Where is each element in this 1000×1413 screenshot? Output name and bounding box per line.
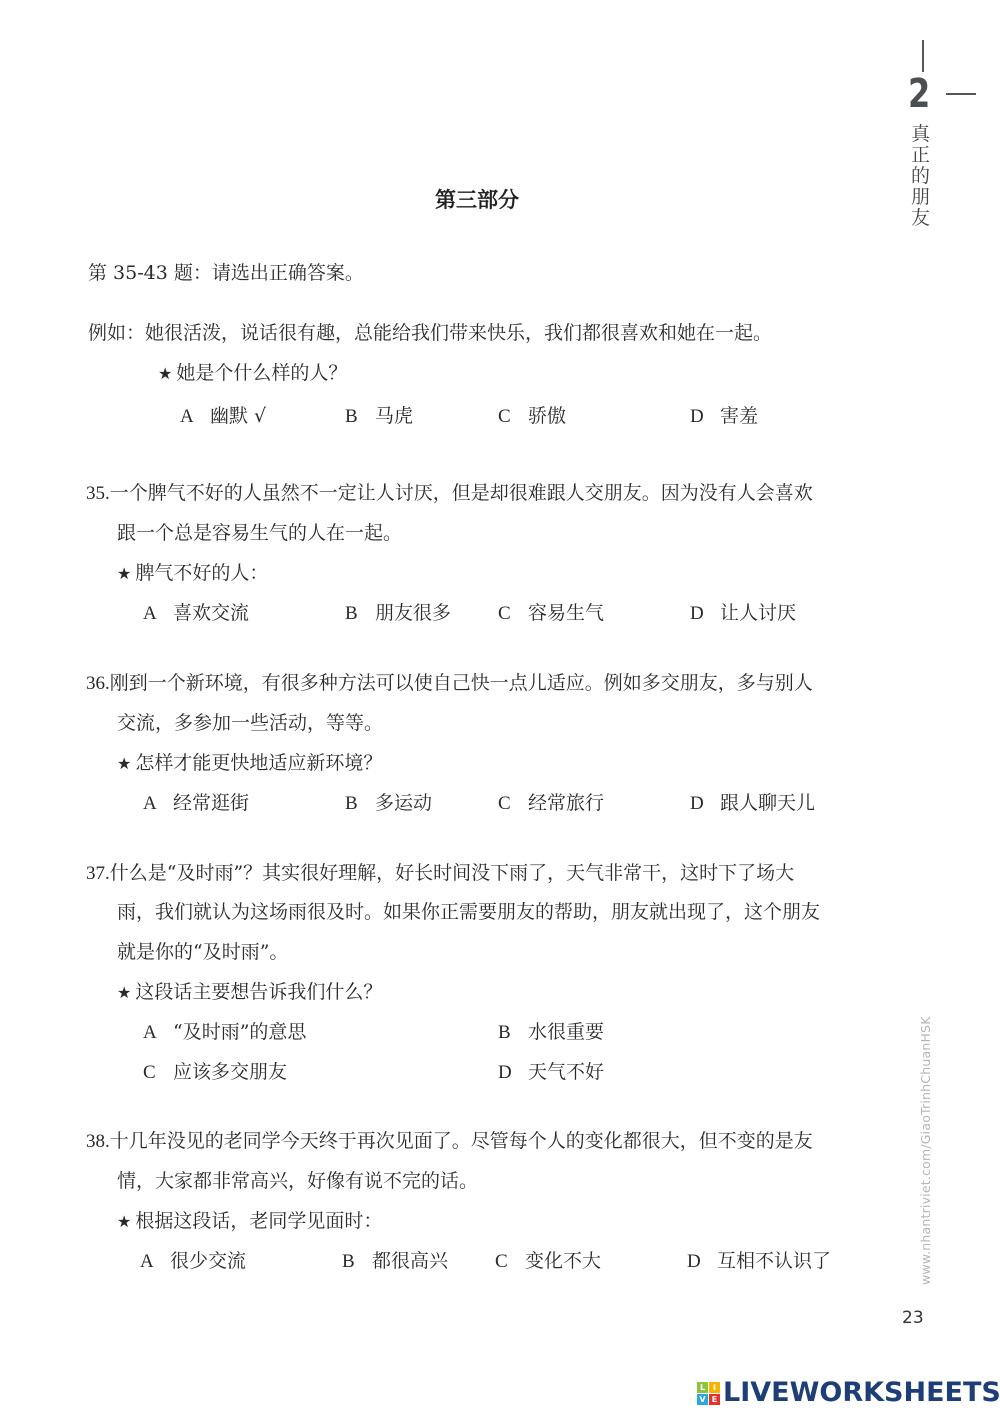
q38-option-d[interactable]: D互相不认识了 <box>687 1246 831 1273</box>
question-passage-line: 38.十几年没见的老同学今天终于再次见面了。尽管每个人的变化都很大，但不变的是友 <box>86 1126 813 1153</box>
example-option-c[interactable]: C骄傲 <box>498 401 566 428</box>
example-question-text: 她是个什么样的人？ <box>176 362 347 384</box>
star-icon: ★ <box>117 983 131 1002</box>
option-letter: A <box>143 1022 173 1044</box>
option-text: 互相不认识了 <box>717 1250 831 1272</box>
liveworksheets-logo[interactable]: L I V E LIVEWORKSHEETS <box>697 1378 1000 1408</box>
option-letter: D <box>690 603 720 625</box>
option-text: 幽默 √ <box>210 405 266 427</box>
q35-option-b[interactable]: B朋友很多 <box>345 598 451 625</box>
option-text: 都很高兴 <box>372 1250 448 1272</box>
option-text: “及时雨”的意思 <box>173 1021 306 1043</box>
logo-text: LIVEWORKSHEETS <box>723 1378 1000 1408</box>
passage-text: 什么是“及时雨”？其实很好理解，好长时间没下雨了，天气非常干，这时下了场大 <box>110 862 794 884</box>
publisher-url: www.nhantriviet.com/GiaoTrinhChuanHSK <box>918 1016 933 1285</box>
q37-option-c[interactable]: C应该多交朋友 <box>143 1057 287 1084</box>
logo-tile: V <box>697 1394 708 1405</box>
option-letter: B <box>345 603 375 625</box>
question-prompt: ★怎样才能更快地适应新环境？ <box>117 748 382 775</box>
example-question: ★她是个什么样的人？ <box>158 358 347 385</box>
question-passage-line: 情，大家都非常高兴，好像有说不完的话。 <box>117 1166 478 1193</box>
question-passage-line: 36.刚到一个新环境，有很多种方法可以使自己快一点儿适应。例如多交朋友，多与别人 <box>86 668 813 695</box>
question-prompt-text: 怎样才能更快地适应新环境？ <box>135 752 382 774</box>
question-passage-line: 35.一个脾气不好的人虽然不一定让人讨厌，但是却很难跟人交朋友。因为没有人会喜欢 <box>86 478 813 505</box>
option-letter: B <box>345 406 375 428</box>
question-passage-line: 交流，多参加一些活动，等等。 <box>117 708 383 735</box>
option-letter: B <box>342 1251 372 1273</box>
question-prompt: ★根据这段话，老同学见面时： <box>117 1206 382 1233</box>
q35-option-a[interactable]: A喜欢交流 <box>143 598 249 625</box>
q36-option-d[interactable]: D跟人聊天儿 <box>690 788 815 815</box>
option-text: 跟人聊天儿 <box>720 792 815 814</box>
question-prompt-text: 根据这段话，老同学见面时： <box>135 1210 382 1232</box>
option-text: 多运动 <box>375 792 432 814</box>
option-letter: D <box>690 406 720 428</box>
section-title: 第三部分 <box>0 184 954 214</box>
example-label: 例如： <box>88 322 145 344</box>
star-icon: ★ <box>117 1212 131 1231</box>
passage-text: 十几年没见的老同学今天终于再次见面了。尽管每个人的变化都很大，但不变的是友 <box>110 1130 813 1152</box>
option-letter: C <box>495 1251 525 1273</box>
option-letter: C <box>498 406 528 428</box>
chapter-divider-horizontal <box>946 93 976 95</box>
example-option-d[interactable]: D害羞 <box>690 401 758 428</box>
chapter-number: 2 <box>908 74 930 114</box>
page-number: 23 <box>902 1308 924 1328</box>
question-passage-line: 37.什么是“及时雨”？其实很好理解，好长时间没下雨了，天气非常干，这时下了场大 <box>86 858 794 885</box>
option-text: 马虎 <box>375 405 413 427</box>
option-text: 经常旅行 <box>528 792 604 814</box>
option-text: 经常逛街 <box>173 792 249 814</box>
option-letter: C <box>498 793 528 815</box>
chapter-divider-vertical <box>922 40 924 72</box>
option-text: 天气不好 <box>528 1061 604 1083</box>
question-number: 37. <box>86 863 110 884</box>
option-text: 骄傲 <box>528 405 566 427</box>
option-text: 容易生气 <box>528 602 604 624</box>
passage-text: 一个脾气不好的人虽然不一定让人讨厌，但是却很难跟人交朋友。因为没有人会喜欢 <box>110 482 813 504</box>
q36-option-b[interactable]: B多运动 <box>345 788 432 815</box>
option-letter: C <box>498 603 528 625</box>
instructions: 第 35-43 题：请选出正确答案。 <box>88 258 364 285</box>
option-letter: C <box>143 1062 173 1084</box>
question-number: 36. <box>86 673 110 694</box>
q36-option-a[interactable]: A经常逛街 <box>143 788 249 815</box>
question-prompt: ★脾气不好的人： <box>117 558 268 585</box>
option-letter: D <box>687 1251 717 1273</box>
option-letter: B <box>498 1022 528 1044</box>
question-prompt: ★这段话主要想告诉我们什么？ <box>117 977 382 1004</box>
option-letter: A <box>180 406 210 428</box>
question-prompt-text: 这段话主要想告诉我们什么？ <box>135 981 382 1003</box>
star-icon: ★ <box>117 754 131 773</box>
option-letter: A <box>140 1251 170 1273</box>
logo-tile: I <box>709 1382 720 1393</box>
q36-option-c[interactable]: C经常旅行 <box>498 788 604 815</box>
option-letter: A <box>143 603 173 625</box>
example-option-a[interactable]: A幽默 √ <box>180 401 266 428</box>
example-passage: 例如：她很活泼，说话很有趣，总能给我们带来快乐，我们都很喜欢和她在一起。 <box>88 318 772 345</box>
star-icon: ★ <box>158 364 172 383</box>
q35-option-c[interactable]: C容易生气 <box>498 598 604 625</box>
option-text: 应该多交朋友 <box>173 1061 287 1083</box>
logo-tile: L <box>697 1382 708 1393</box>
option-letter: B <box>345 793 375 815</box>
example-passage-text: 她很活泼，说话很有趣，总能给我们带来快乐，我们都很喜欢和她在一起。 <box>145 322 772 344</box>
option-text: 让人讨厌 <box>720 602 796 624</box>
option-letter: D <box>498 1062 528 1084</box>
question-number: 35. <box>86 483 110 504</box>
option-text: 水很重要 <box>528 1021 604 1043</box>
live-tiles-icon: L I V E <box>697 1382 720 1405</box>
question-number: 38. <box>86 1131 110 1152</box>
option-letter: A <box>143 793 173 815</box>
q37-option-a[interactable]: A“及时雨”的意思 <box>143 1017 306 1044</box>
q38-option-b[interactable]: B都很高兴 <box>342 1246 448 1273</box>
q38-option-c[interactable]: C变化不大 <box>495 1246 601 1273</box>
example-option-b[interactable]: B马虎 <box>345 401 413 428</box>
option-text: 朋友很多 <box>375 602 451 624</box>
q37-option-d[interactable]: D天气不好 <box>498 1057 604 1084</box>
option-text: 喜欢交流 <box>173 602 249 624</box>
option-text: 很少交流 <box>170 1250 246 1272</box>
q35-option-d[interactable]: D让人讨厌 <box>690 598 796 625</box>
question-passage-line: 跟一个总是容易生气的人在一起。 <box>117 518 402 545</box>
question-prompt-text: 脾气不好的人： <box>135 562 268 584</box>
logo-tile: E <box>709 1394 720 1405</box>
question-passage-line: 雨，我们就认为这场雨很及时。如果你正需要朋友的帮助，朋友就出现了，这个朋友 <box>117 897 820 924</box>
passage-text: 刚到一个新环境，有很多种方法可以使自己快一点儿适应。例如多交朋友，多与别人 <box>110 672 813 694</box>
option-letter: D <box>690 793 720 815</box>
option-text: 害羞 <box>720 405 758 427</box>
star-icon: ★ <box>117 564 131 583</box>
q38-option-a[interactable]: A很少交流 <box>140 1246 246 1273</box>
option-text: 变化不大 <box>525 1250 601 1272</box>
question-passage-line: 就是你的“及时雨”。 <box>117 937 288 964</box>
q37-option-b[interactable]: B水很重要 <box>498 1017 604 1044</box>
